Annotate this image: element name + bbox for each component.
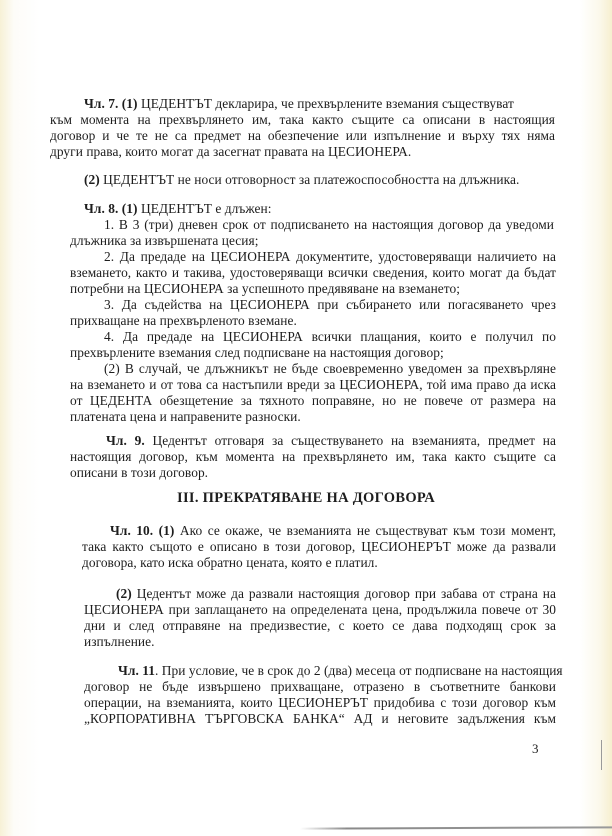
art8-line-3: 2. Да предаде на ЦЕСИОНЕРА документите, …	[104, 249, 556, 265]
art8-line-9: прехвърлените вземания след подписване н…	[70, 345, 444, 361]
art8-line-4: вземането, както и такива, удостоверяващ…	[70, 265, 556, 281]
art8-line-7: прихващане на прехвърленото вземане.	[70, 313, 297, 329]
art8-intro: Чл. 8. (1) ЦЕДЕНТЪТ е длъжен:	[84, 201, 271, 217]
section-heading: III. ПРЕКРАТЯВАНЕ НА ДОГОВОРА	[0, 490, 612, 507]
art9-text-1: Цедентът отговаря за съществуването на в…	[153, 433, 556, 448]
art10-label: Чл. 10.	[110, 523, 153, 538]
art9-line-2: настоящия договор, към момента на прехвъ…	[70, 449, 556, 465]
art11-line-3: операции, на вземанията, които ЦЕСИОНЕРЪ…	[84, 695, 556, 711]
art9-line-1: Чл. 9. Цедентът отговаря за съществуване…	[106, 433, 556, 449]
art8-line-6: 3. Да съдейства на ЦЕСИОНЕРА при събиран…	[104, 297, 556, 313]
art7-label: Чл. 7.	[84, 96, 118, 111]
art11-label: Чл. 11	[118, 663, 155, 678]
art10-p2-text-1: Цедентът може да развали настоящия догов…	[137, 586, 556, 601]
art10-text-1: Ако се окаже, че вземанията не съществув…	[180, 523, 556, 538]
art11-text-1: . При условие, че в срок до 2 (два) месе…	[155, 663, 563, 678]
art10-line-3: договора, като иска обратно цената, коят…	[82, 555, 378, 571]
art8-intro-text: ЦЕДЕНТЪТ е длъжен:	[141, 201, 272, 216]
art8-line-8: 4. Да предаде на ЦЕСИОНЕРА всички плащан…	[104, 329, 556, 345]
art8-line-5: потребни на ЦЕСИОНЕРА за успешното предя…	[70, 281, 460, 297]
scanned-page: Чл. 7. (1) ЦЕДЕНТЪТ декларира, че прехвъ…	[0, 0, 612, 836]
art11-line-1: Чл. 11. При условие, че в срок до 2 (два…	[118, 663, 556, 679]
art7-line-4: други права, които могат да засегнат пра…	[50, 144, 411, 160]
art8-line-12: от ЦЕДЕНТА обезщетение за тяхното поправ…	[70, 393, 556, 409]
art10-p1-label: (1)	[159, 523, 175, 538]
art7-line-2: към момента на прехвърлянето им, така ка…	[50, 112, 555, 128]
art10-p2-label: (2)	[116, 586, 132, 601]
art10-line-2: така както същото е описано в този догов…	[82, 539, 556, 555]
art8-line-11: на вземането и от това са настъпили вред…	[70, 377, 556, 393]
art9-line-3: описани в този договор.	[70, 465, 208, 481]
art11-line-4: „КОРПОРАТИВНА ТЪРГОВСКА БАНКА“ АД и него…	[84, 711, 556, 727]
scan-artifact	[601, 740, 602, 770]
art8-line-13: платената цена и направените разноски.	[70, 409, 301, 425]
art7-line-3: договор и че те не са предмет на обезпеч…	[50, 128, 555, 144]
art9-label: Чл. 9.	[106, 433, 145, 448]
art10-p2-line-3: дни и след отправяне на предизвестие, с …	[84, 618, 556, 634]
art7-p2: (2) ЦЕДЕНТЪТ не носи отговорност за плат…	[84, 172, 519, 188]
page-number: 3	[532, 741, 539, 757]
art10-p2-line-1: (2) Цедентът може да развали настоящия д…	[116, 586, 556, 602]
art10-p2-line-2: ЦЕСИОНЕРА при заплащането на определенат…	[84, 602, 556, 618]
art7-text-1: ЦЕДЕНТЪТ декларира, че прехвърлените взе…	[141, 96, 514, 111]
art8-line-10: (2) В случай, че длъжникът не бъде своев…	[104, 361, 556, 377]
art7-p1-label: (1)	[122, 96, 138, 111]
page-edge	[300, 826, 612, 829]
art7-p2-label: (2)	[84, 172, 100, 187]
art8-label: Чл. 8.	[84, 201, 118, 216]
art8-line-1: 1. В 3 (три) дневен срок от подписването…	[104, 217, 554, 233]
art11-line-2: договор не бъде извършено прихващане, от…	[84, 679, 556, 695]
art10-p2-line-4: изпълнение.	[84, 634, 155, 650]
art10-line-1: Чл. 10. (1) Ако се окаже, че вземанията …	[110, 523, 556, 539]
art8-p1-label: (1)	[122, 201, 138, 216]
art8-line-2: длъжника за извършената цесия;	[70, 233, 259, 249]
art7-p2-text: ЦЕДЕНТЪТ не носи отговорност за платежос…	[103, 172, 519, 187]
art7-line-1: Чл. 7. (1) ЦЕДЕНТЪТ декларира, че прехвъ…	[84, 96, 554, 112]
